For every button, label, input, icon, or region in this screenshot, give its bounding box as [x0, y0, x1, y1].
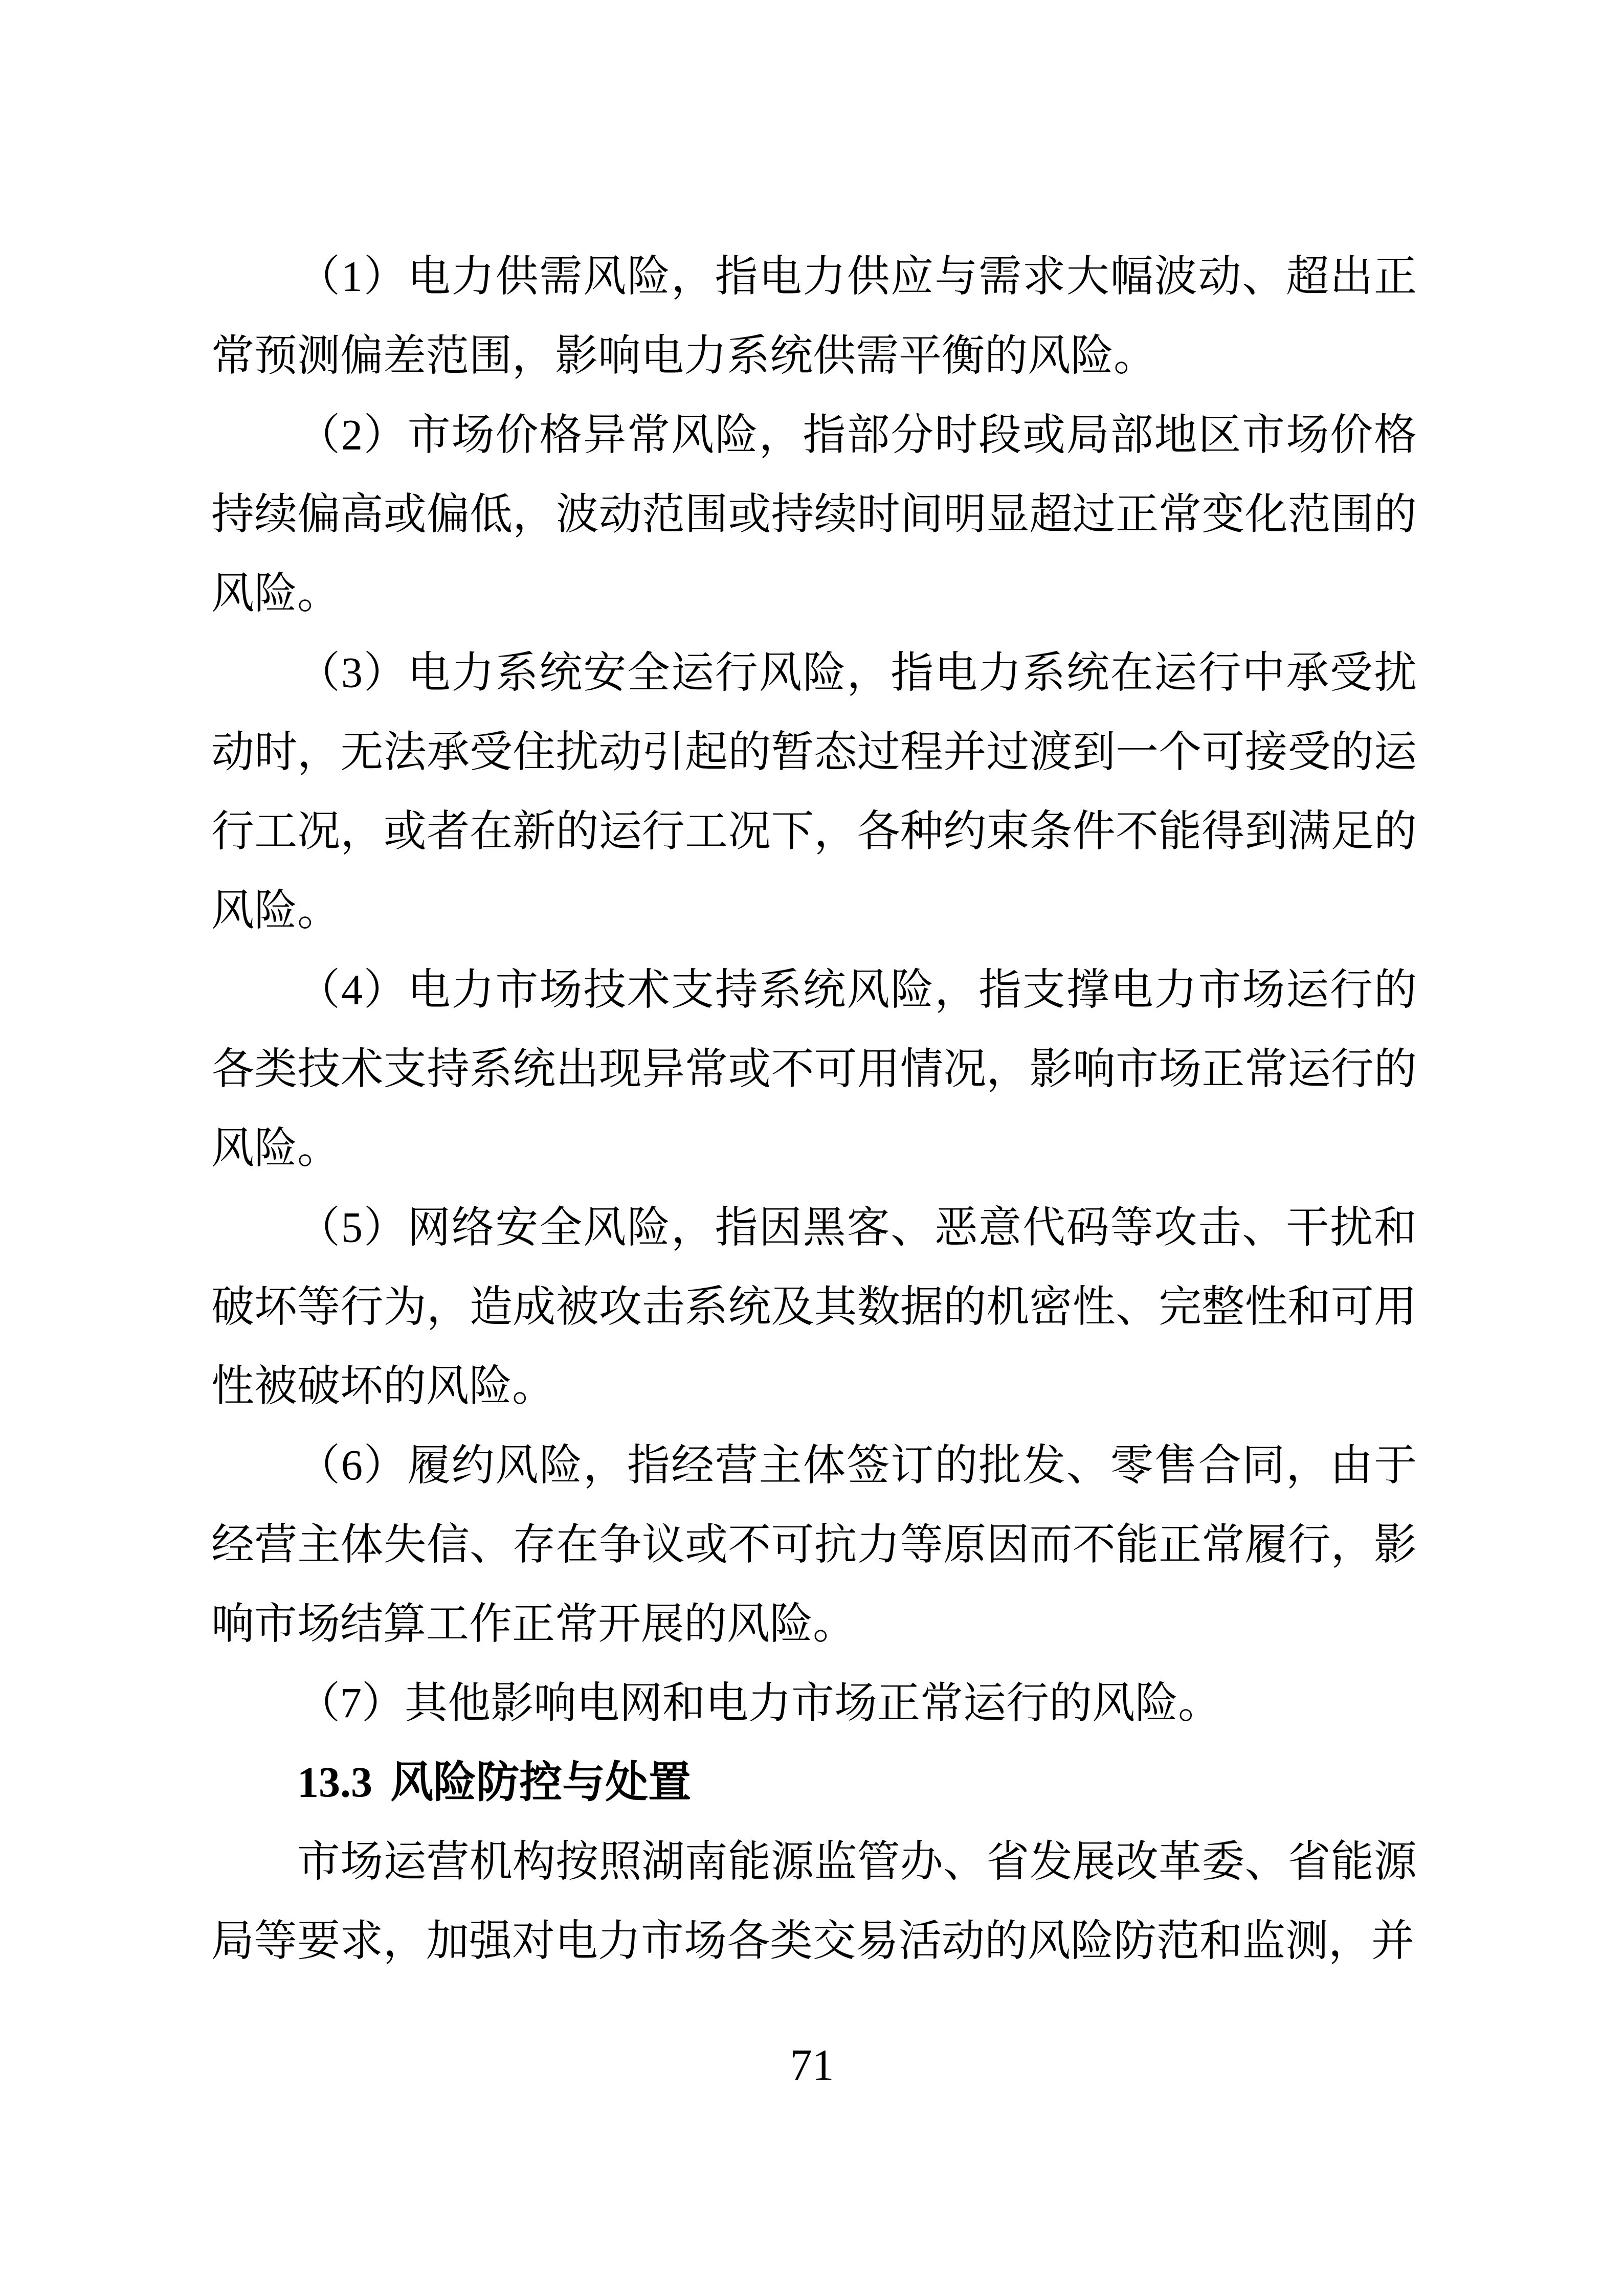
document-page: （1）电力供需风险，指电力供应与需求大幅波动、超出正常预测偏差范围，影响电力系统… [0, 0, 1624, 2296]
paragraph-risk-6: （6）履约风险，指经营主体签订的批发、零售合同，由于经营主体失信、存在争议或不可… [211, 1426, 1417, 1664]
section-heading: 13.3风险防控与处置 [211, 1743, 1417, 1822]
section-number: 13.3 [297, 1759, 372, 1807]
section-title: 风险防控与处置 [390, 1759, 691, 1807]
page-number: 71 [0, 2043, 1624, 2087]
paragraph-risk-3: （3）电力系统安全运行风险，指电力系统在运行中承受扰动时，无法承受住扰动引起的暂… [211, 634, 1417, 951]
paragraph-risk-5: （5）网络安全风险，指因黑客、恶意代码等攻击、干扰和破坏等行为，造成被攻击系统及… [211, 1188, 1417, 1426]
paragraph-risk-4: （4）电力市场技术支持系统风险，指支撑电力市场运行的各类技术支持系统出现异常或不… [211, 951, 1417, 1188]
paragraph-risk-control-intro: 市场运营机构按照湖南能源监管办、省发展改革委、省能源局等要求，加强对电力市场各类… [211, 1822, 1417, 1981]
paragraph-risk-1: （1）电力供需风险，指电力供应与需求大幅波动、超出正常预测偏差范围，影响电力系统… [211, 237, 1417, 396]
page-content: （1）电力供需风险，指电力供应与需求大幅波动、超出正常预测偏差范围，影响电力系统… [211, 237, 1417, 1981]
paragraph-risk-2: （2）市场价格异常风险，指部分时段或局部地区市场价格持续偏高或偏低，波动范围或持… [211, 396, 1417, 634]
paragraph-risk-7: （7）其他影响电网和电力市场正常运行的风险。 [211, 1664, 1417, 1743]
